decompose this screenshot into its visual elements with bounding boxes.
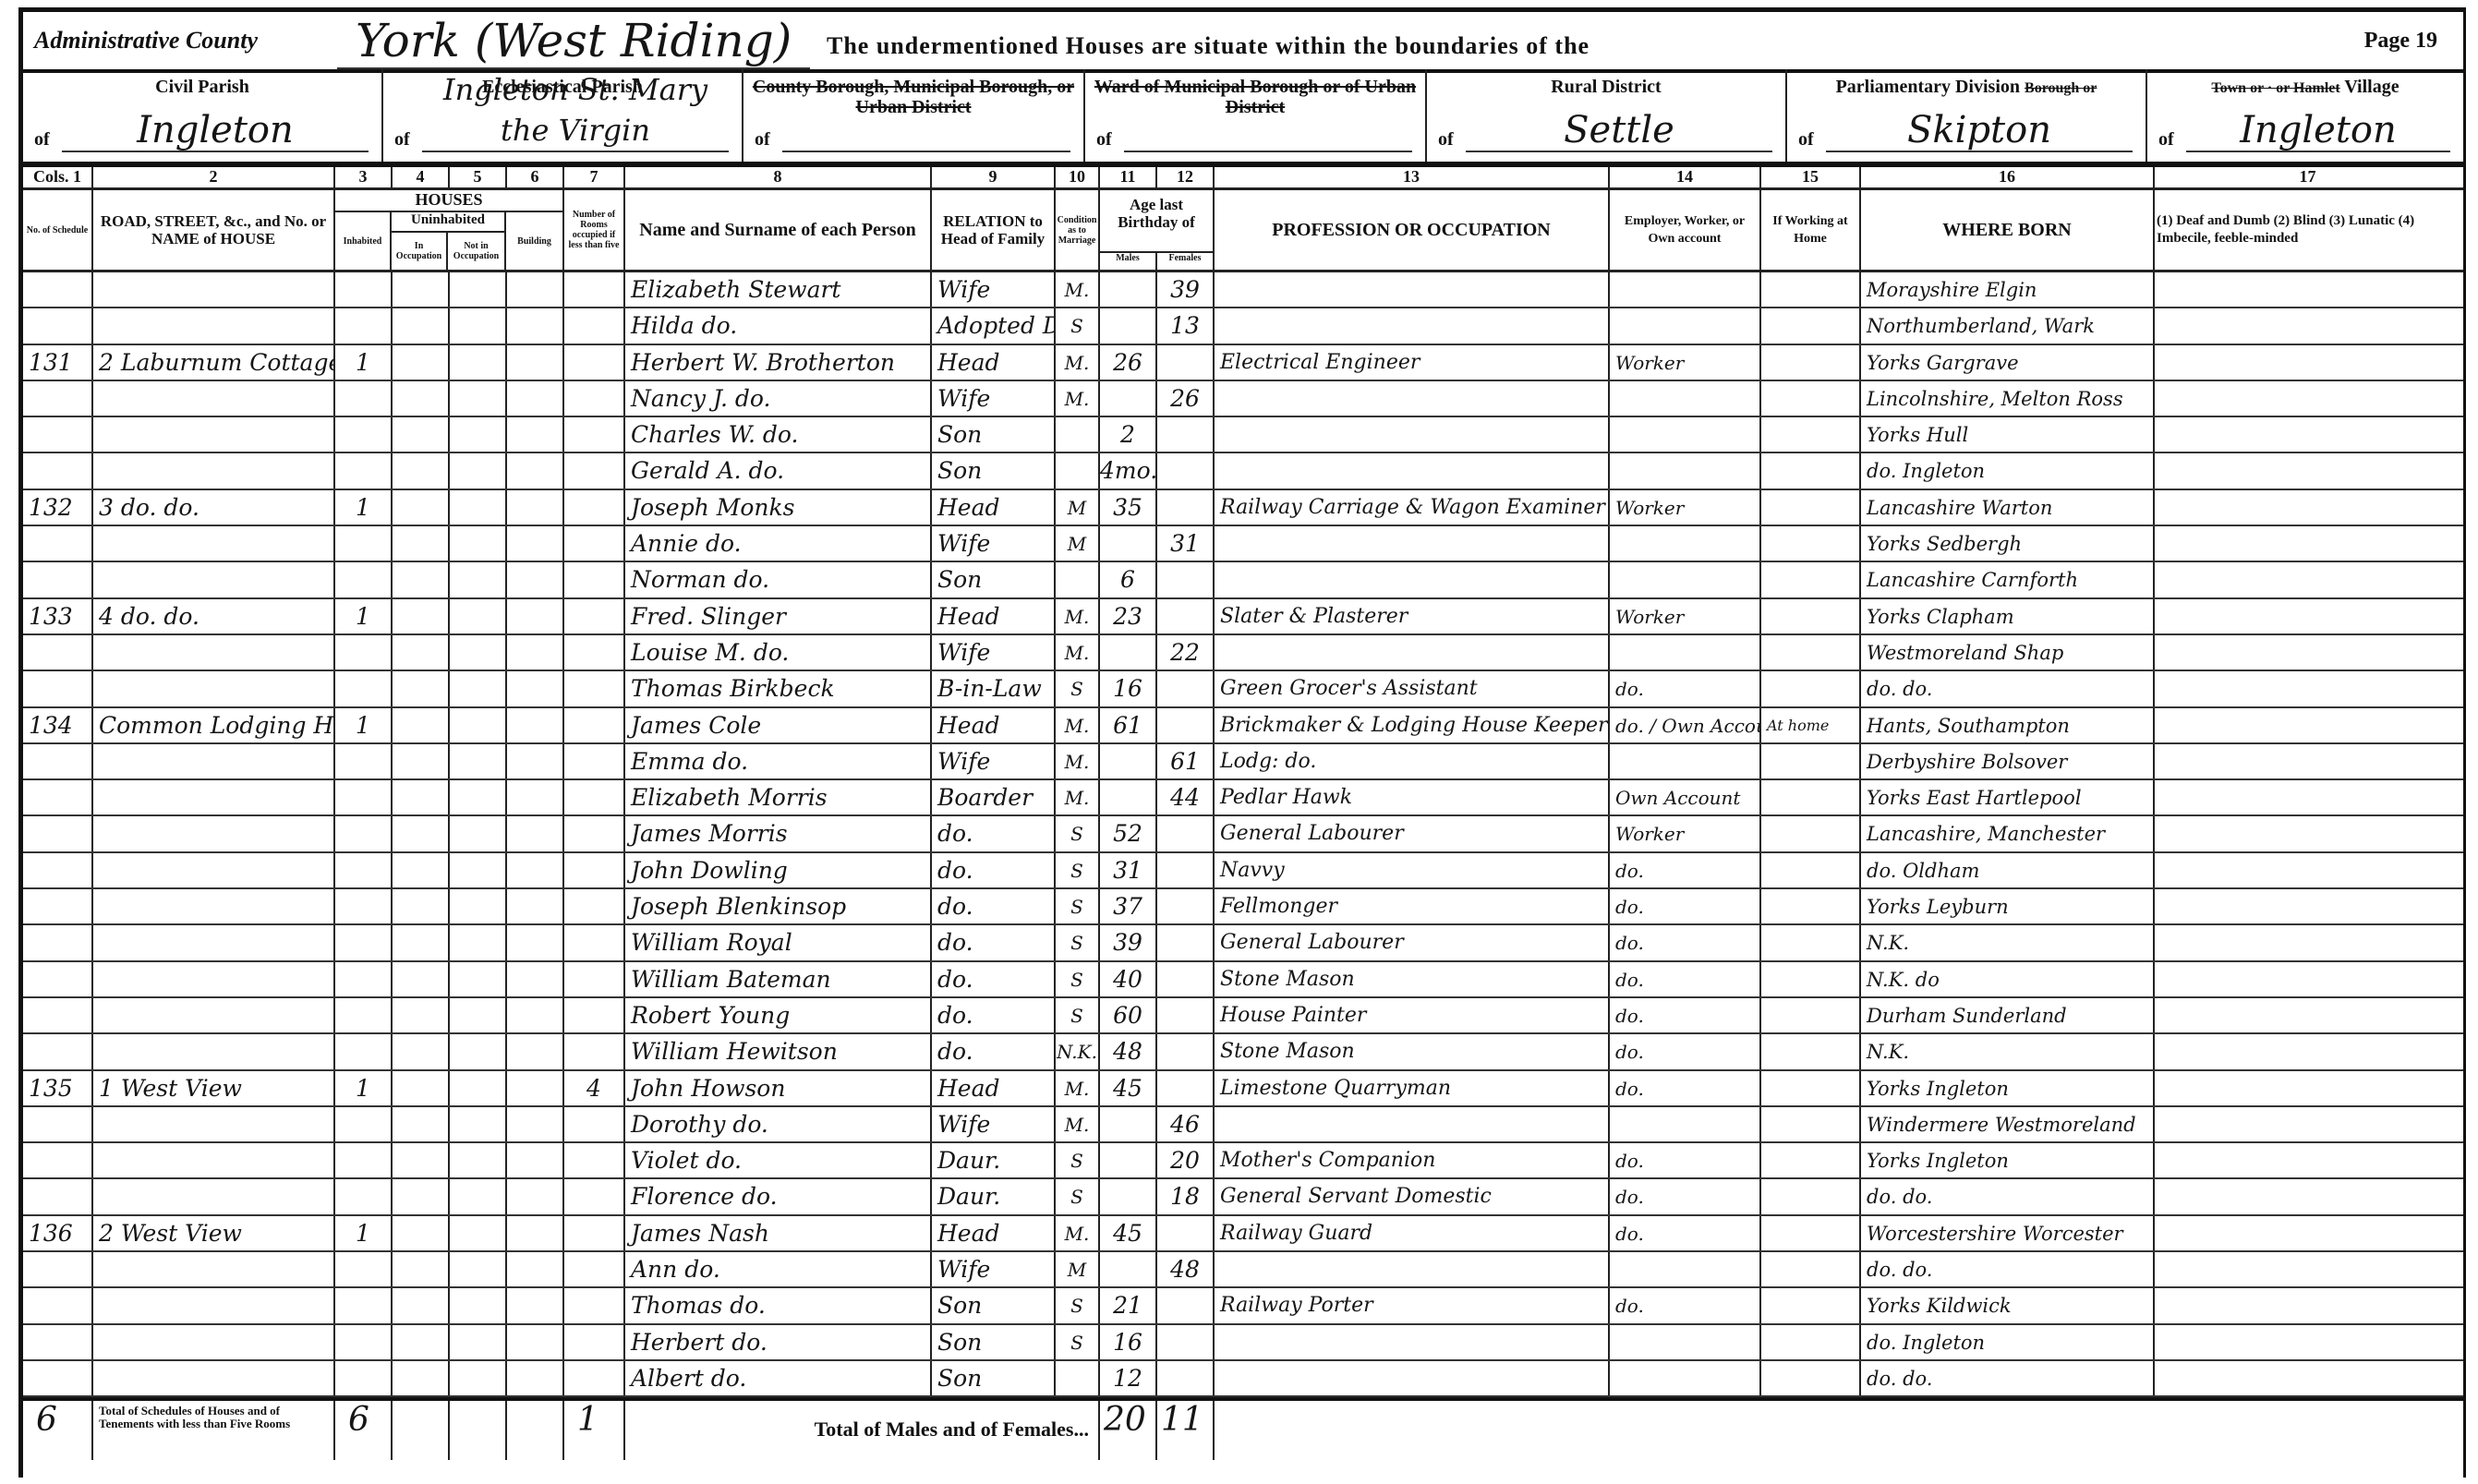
working-at-home	[1761, 1288, 1861, 1322]
table-row: Hilda do. Adopted Daur. S 13 Northumberl…	[23, 308, 2463, 344]
age-female	[1157, 962, 1215, 996]
person-name: Robert Young	[625, 998, 932, 1032]
address	[93, 635, 335, 670]
table-row: Ann do. Wife M 48 do. do.	[23, 1252, 2463, 1288]
infirmity	[2155, 962, 2460, 996]
not-in-occupation	[450, 1107, 507, 1141]
marital-condition: M.	[1056, 599, 1100, 633]
not-in-occupation	[450, 889, 507, 923]
infirmity	[2155, 925, 2460, 959]
in-occupation	[393, 853, 450, 887]
person-name: Norman do.	[625, 562, 932, 597]
header-name: Name and Surname of each Person	[625, 190, 932, 270]
table-row: Louise M. do. Wife M. 22 Westmoreland Sh…	[23, 635, 2463, 671]
infirmity	[2155, 1252, 2460, 1286]
census-table: Cols. 1 2 3 4 5 6 7 8 9 10 11 12 13 14 1…	[23, 167, 2463, 1460]
age-female	[1157, 1361, 1215, 1395]
marital-condition: S	[1056, 925, 1100, 959]
birthplace: do. do.	[1861, 1179, 2155, 1213]
inhabited	[335, 671, 393, 706]
address	[93, 998, 335, 1032]
schedule-number	[23, 308, 93, 343]
building	[507, 889, 564, 923]
address	[93, 1179, 335, 1213]
age-male	[1100, 381, 1157, 416]
address	[93, 562, 335, 597]
building	[507, 635, 564, 670]
birthplace: Yorks Leyburn	[1861, 889, 2155, 923]
employer-status	[1610, 744, 1761, 778]
inhabited	[335, 417, 393, 452]
in-occupation	[393, 562, 450, 597]
age-female: 44	[1157, 780, 1215, 814]
table-row: 135 1 West View 1 4 John Howson Head M. …	[23, 1071, 2463, 1107]
table-row: Elizabeth Morris Boarder M. 44 Pedlar Ha…	[23, 780, 2463, 816]
inhabited	[335, 381, 393, 416]
marital-condition: M	[1056, 490, 1100, 525]
age-male: 52	[1100, 816, 1157, 851]
marital-condition: N.K.	[1056, 1034, 1100, 1068]
age-male: 39	[1100, 925, 1157, 959]
table-row: Florence do. Daur. S 18 General Servant …	[23, 1179, 2463, 1215]
rooms	[564, 599, 625, 633]
boundary-label-struck: County Borough, Municipal Borough, or Ur…	[743, 77, 1083, 117]
marital-condition: M.	[1056, 1071, 1100, 1105]
employer-status	[1610, 526, 1761, 561]
age-male	[1100, 1143, 1157, 1177]
age-male: 21	[1100, 1288, 1157, 1322]
header-age: Age last Birthday of Males Females	[1100, 190, 1215, 270]
rooms	[564, 635, 625, 670]
age-female	[1157, 1288, 1215, 1322]
inhabited: 1	[335, 345, 393, 380]
person-name: James Cole	[625, 708, 932, 742]
marital-condition: S	[1056, 816, 1100, 851]
infirmity	[2155, 998, 2460, 1032]
of-label: of	[1798, 129, 1814, 151]
working-at-home: At home	[1761, 708, 1861, 742]
birthplace: Yorks Ingleton	[1861, 1143, 2155, 1177]
rooms	[564, 490, 625, 525]
relation: Daur.	[932, 1179, 1056, 1213]
relation: Wife	[932, 526, 1056, 561]
building	[507, 453, 564, 488]
employer-status: Worker	[1610, 490, 1761, 525]
rooms	[564, 1361, 625, 1395]
not-in-occupation	[450, 998, 507, 1032]
in-occupation	[393, 272, 450, 307]
schedules-total-label: Total of Schedules of Houses and of Tene…	[93, 1401, 335, 1460]
infirmity	[2155, 853, 2460, 887]
of-label: of	[1438, 129, 1454, 151]
table-row: Annie do. Wife M 31 Yorks Sedbergh	[23, 526, 2463, 562]
marital-condition: M	[1056, 1252, 1100, 1286]
building	[507, 925, 564, 959]
schedule-number	[23, 1288, 93, 1322]
not-in-occupation	[450, 562, 507, 597]
birthplace: Hants, Southampton	[1861, 708, 2155, 742]
person-name: Joseph Monks	[625, 490, 932, 525]
relation: Wife	[932, 635, 1056, 670]
not-in-occupation	[450, 671, 507, 706]
infirmity	[2155, 1107, 2460, 1141]
working-at-home	[1761, 1216, 1861, 1250]
relation: Head	[932, 599, 1056, 633]
in-occupation	[393, 381, 450, 416]
address: 2 West View	[93, 1216, 335, 1250]
working-at-home	[1761, 345, 1861, 380]
table-row: John Dowling do. S 31 Navvy do. do. Oldh…	[23, 853, 2463, 889]
working-at-home	[1761, 272, 1861, 307]
rooms	[564, 962, 625, 996]
occupation: General Labourer	[1215, 925, 1610, 959]
of-label: of	[755, 129, 770, 151]
table-row: Emma do. Wife M. 61 Lodg: do. Derbyshire…	[23, 744, 2463, 780]
birthplace: N.K.	[1861, 1034, 2155, 1068]
admin-county-row: Administrative County York (West Riding)…	[23, 12, 2463, 73]
rooms	[564, 925, 625, 959]
inhabited	[335, 1179, 393, 1213]
birthplace: Yorks Hull	[1861, 417, 2155, 452]
inhabited: 1	[335, 490, 393, 525]
in-occupation	[393, 962, 450, 996]
birthplace: Morayshire Elgin	[1861, 272, 2155, 307]
not-in-occupation	[450, 417, 507, 452]
rooms	[564, 744, 625, 778]
not-in-occupation	[450, 744, 507, 778]
age-male: 31	[1100, 853, 1157, 887]
table-body: Elizabeth Stewart Wife M. 39 Morayshire …	[23, 272, 2463, 1397]
not-in-occupation	[450, 708, 507, 742]
not-in-occupation	[450, 1361, 507, 1395]
header-uninhabited-title: Uninhabited	[392, 212, 504, 233]
birthplace: Northumberland, Wark	[1861, 308, 2155, 343]
schedule-number: 135	[23, 1071, 93, 1105]
schedule-number	[23, 1252, 93, 1286]
age-female	[1157, 1071, 1215, 1105]
address: 3 do. do.	[93, 490, 335, 525]
empty-cell	[507, 1401, 564, 1460]
in-occupation	[393, 708, 450, 742]
age-male: 23	[1100, 599, 1157, 633]
header-uninhabited: Uninhabited In Occupation Not in Occupat…	[392, 212, 506, 270]
rooms	[564, 708, 625, 742]
rooms	[564, 1179, 625, 1213]
rooms	[564, 1107, 625, 1141]
header-not-in-occupation: Not in Occupation	[448, 233, 504, 270]
marital-condition: M	[1056, 526, 1100, 561]
boundary-ecclesiastical-parish: Ecclesiastical Parish of Ingleton St. Ma…	[383, 69, 743, 162]
boundary-value: Ingleton St. Mary the Virgin	[422, 69, 729, 152]
table-row: 134 Common Lodging House 1 James Cole He…	[23, 708, 2463, 744]
employer-status	[1610, 1252, 1761, 1286]
birthplace: Yorks Kildwick	[1861, 1288, 2155, 1322]
header-houses: HOUSES Inhabited Uninhabited In Occupati…	[335, 190, 564, 270]
inhabited	[335, 308, 393, 343]
rooms	[564, 816, 625, 851]
infirmity	[2155, 1034, 2460, 1068]
address	[93, 1143, 335, 1177]
table-row: James Morris do. S 52 General Labourer W…	[23, 816, 2463, 852]
not-in-occupation	[450, 780, 507, 814]
age-male: 45	[1100, 1071, 1157, 1105]
occupation: Railway Guard	[1215, 1216, 1610, 1250]
birthplace: do. do.	[1861, 1252, 2155, 1286]
relation: Head	[932, 490, 1056, 525]
infirmity	[2155, 889, 2460, 923]
person-name: Fred. Slinger	[625, 599, 932, 633]
person-name: William Hewitson	[625, 1034, 932, 1068]
person-name: Hilda do.	[625, 308, 932, 343]
in-occupation	[393, 635, 450, 670]
employer-status: do.	[1610, 1216, 1761, 1250]
inhabited	[335, 744, 393, 778]
boundary-county-borough: County Borough, Municipal Borough, or Ur…	[743, 69, 1085, 162]
occupation	[1215, 1325, 1610, 1359]
age-female: 31	[1157, 526, 1215, 561]
in-occupation	[393, 744, 450, 778]
occupation	[1215, 453, 1610, 488]
age-male: 60	[1100, 998, 1157, 1032]
building	[507, 708, 564, 742]
table-row: Albert do. Son 12 do. do.	[23, 1361, 2463, 1397]
relation: Wife	[932, 1252, 1056, 1286]
rooms	[564, 1216, 625, 1250]
infirmity	[2155, 562, 2460, 597]
schedule-number	[23, 889, 93, 923]
rooms	[564, 345, 625, 380]
header-schedule: No. of Schedule	[23, 190, 93, 270]
person-name: Emma do.	[625, 744, 932, 778]
rooms-total: 1	[564, 1401, 625, 1460]
employer-status: do.	[1610, 1143, 1761, 1177]
boundary-label-struck: Ward of Municipal Borough or of Urban Di…	[1085, 77, 1425, 117]
age-female: 13	[1157, 308, 1215, 343]
occupation: House Painter	[1215, 998, 1610, 1032]
address	[93, 272, 335, 307]
relation: Adopted Daur.	[932, 308, 1056, 343]
in-occupation	[393, 308, 450, 343]
not-in-occupation	[450, 453, 507, 488]
inhabited	[335, 635, 393, 670]
working-at-home	[1761, 780, 1861, 814]
inhabited	[335, 526, 393, 561]
building	[507, 671, 564, 706]
infirmity	[2155, 708, 2460, 742]
boundary-label-struck: Town or · or Hamlet	[2211, 80, 2339, 96]
working-at-home	[1761, 962, 1861, 996]
col-number: 14	[1610, 167, 1761, 187]
building	[507, 526, 564, 561]
occupation: Lodg: do.	[1215, 744, 1610, 778]
building	[507, 744, 564, 778]
rooms	[564, 308, 625, 343]
age-male: 12	[1100, 1361, 1157, 1395]
address	[93, 925, 335, 959]
col-number: 15	[1761, 167, 1861, 187]
employer-status: Worker	[1610, 345, 1761, 380]
infirmity	[2155, 780, 2460, 814]
occupation: Mother's Companion	[1215, 1143, 1610, 1177]
schedule-number	[23, 998, 93, 1032]
age-female	[1157, 562, 1215, 597]
infirmity	[2155, 345, 2460, 380]
table-row: 136 2 West View 1 James Nash Head M. 45 …	[23, 1216, 2463, 1252]
relation: Head	[932, 345, 1056, 380]
birthplace: Yorks Sedbergh	[1861, 526, 2155, 561]
occupation: Slater & Plasterer	[1215, 599, 1610, 633]
occupation	[1215, 272, 1610, 307]
column-numbers: Cols. 1 2 3 4 5 6 7 8 9 10 11 12 13 14 1…	[23, 167, 2463, 190]
inhabited	[335, 1361, 393, 1395]
inhabited	[335, 889, 393, 923]
age-female	[1157, 925, 1215, 959]
schedule-number	[23, 962, 93, 996]
building	[507, 272, 564, 307]
inhabited-total: 6	[335, 1401, 393, 1460]
person-name: James Morris	[625, 816, 932, 851]
boundary-label: Town or · or Hamlet Village	[2147, 77, 2463, 99]
birthplace: Lincolnshire, Melton Ross	[1861, 381, 2155, 416]
age-female	[1157, 453, 1215, 488]
marital-condition: S	[1056, 1143, 1100, 1177]
col-number: 3	[335, 167, 393, 187]
working-at-home	[1761, 1361, 1861, 1395]
building	[507, 962, 564, 996]
person-name: Gerald A. do.	[625, 453, 932, 488]
boundary-village: Town or · or Hamlet Village of Ingleton	[2147, 69, 2463, 162]
schedule-number: 132	[23, 490, 93, 525]
marital-condition: M.	[1056, 708, 1100, 742]
employer-status	[1610, 308, 1761, 343]
address	[93, 1252, 335, 1286]
marital-condition	[1056, 453, 1100, 488]
inhabited	[335, 925, 393, 959]
header-age-title: Age last Birthday of	[1100, 190, 1213, 251]
birthplace: Yorks Gargrave	[1861, 345, 2155, 380]
in-occupation	[393, 1361, 450, 1395]
schedule-number	[23, 925, 93, 959]
birthplace: do. Oldham	[1861, 853, 2155, 887]
inhabited	[335, 853, 393, 887]
building	[507, 780, 564, 814]
rooms	[564, 853, 625, 887]
building	[507, 381, 564, 416]
boundary-value: Ingleton	[62, 110, 369, 152]
marital-condition: S	[1056, 853, 1100, 887]
employer-status: do.	[1610, 1179, 1761, 1213]
address	[93, 853, 335, 887]
person-name: Thomas do.	[625, 1288, 932, 1322]
person-name: James Nash	[625, 1216, 932, 1250]
rooms	[564, 998, 625, 1032]
working-at-home	[1761, 925, 1861, 959]
age-female	[1157, 1034, 1215, 1068]
occupation	[1215, 308, 1610, 343]
table-row: Norman do. Son 6 Lancashire Carnforth	[23, 562, 2463, 598]
table-row: Joseph Blenkinsop do. S 37 Fellmonger do…	[23, 889, 2463, 925]
occupation: Green Grocer's Assistant	[1215, 671, 1610, 706]
inhabited: 1	[335, 1216, 393, 1250]
not-in-occupation	[450, 381, 507, 416]
schedule-number	[23, 453, 93, 488]
admin-county-label: Administrative County	[34, 27, 258, 54]
schedule-number	[23, 853, 93, 887]
table-row: 132 3 do. do. 1 Joseph Monks Head M 35 R…	[23, 490, 2463, 526]
age-male: 35	[1100, 490, 1157, 525]
inhabited	[335, 998, 393, 1032]
occupation	[1215, 562, 1610, 597]
age-female	[1157, 599, 1215, 633]
person-name: Ann do.	[625, 1252, 932, 1286]
marital-condition	[1056, 1361, 1100, 1395]
age-female	[1157, 998, 1215, 1032]
rooms	[564, 1034, 625, 1068]
rooms	[564, 1252, 625, 1286]
of-label: of	[394, 129, 410, 151]
not-in-occupation	[450, 490, 507, 525]
working-at-home	[1761, 1325, 1861, 1359]
age-female	[1157, 816, 1215, 851]
header-employer: Employer, Worker, or Own account	[1610, 190, 1761, 270]
col-number: 7	[564, 167, 625, 187]
header-where-born: WHERE BORN	[1861, 190, 2155, 270]
working-at-home	[1761, 562, 1861, 597]
not-in-occupation	[450, 1325, 507, 1359]
schedule-number	[23, 1361, 93, 1395]
working-at-home	[1761, 853, 1861, 887]
birthplace: Westmoreland Shap	[1861, 635, 2155, 670]
address	[93, 671, 335, 706]
inhabited	[335, 1325, 393, 1359]
schedule-number	[23, 744, 93, 778]
header-houses-title: HOUSES	[335, 190, 562, 212]
address: 4 do. do.	[93, 599, 335, 633]
in-occupation	[393, 1143, 450, 1177]
marital-condition: M.	[1056, 635, 1100, 670]
table-row: Elizabeth Stewart Wife M. 39 Morayshire …	[23, 272, 2463, 308]
in-occupation	[393, 345, 450, 380]
person-name: Louise M. do.	[625, 635, 932, 670]
age-male: 16	[1100, 671, 1157, 706]
person-name: William Royal	[625, 925, 932, 959]
employer-status: do.	[1610, 1288, 1761, 1322]
age-female	[1157, 889, 1215, 923]
working-at-home	[1761, 889, 1861, 923]
age-male: 2	[1100, 417, 1157, 452]
address	[93, 417, 335, 452]
table-row: Gerald A. do. Son 4mo. do. Ingleton	[23, 453, 2463, 489]
schedule-number	[23, 1143, 93, 1177]
in-occupation	[393, 1071, 450, 1105]
occupation: Pedlar Hawk	[1215, 780, 1610, 814]
working-at-home	[1761, 1107, 1861, 1141]
totals-label: Total of Males and of Females...	[625, 1401, 1100, 1460]
person-name: Nancy J. do.	[625, 381, 932, 416]
boundary-value	[782, 151, 1070, 152]
header-males: Males	[1100, 253, 1157, 270]
working-at-home	[1761, 1179, 1861, 1213]
address	[93, 1361, 335, 1395]
in-occupation	[393, 671, 450, 706]
birthplace: Yorks East Hartlepool	[1861, 780, 2155, 814]
inhabited	[335, 780, 393, 814]
col-number: 8	[625, 167, 932, 187]
marital-condition: S	[1056, 1325, 1100, 1359]
of-label: of	[2158, 129, 2174, 151]
employer-status	[1610, 453, 1761, 488]
boundary-parliamentary-division: Parliamentary Division Borough or of Ski…	[1787, 69, 2147, 162]
